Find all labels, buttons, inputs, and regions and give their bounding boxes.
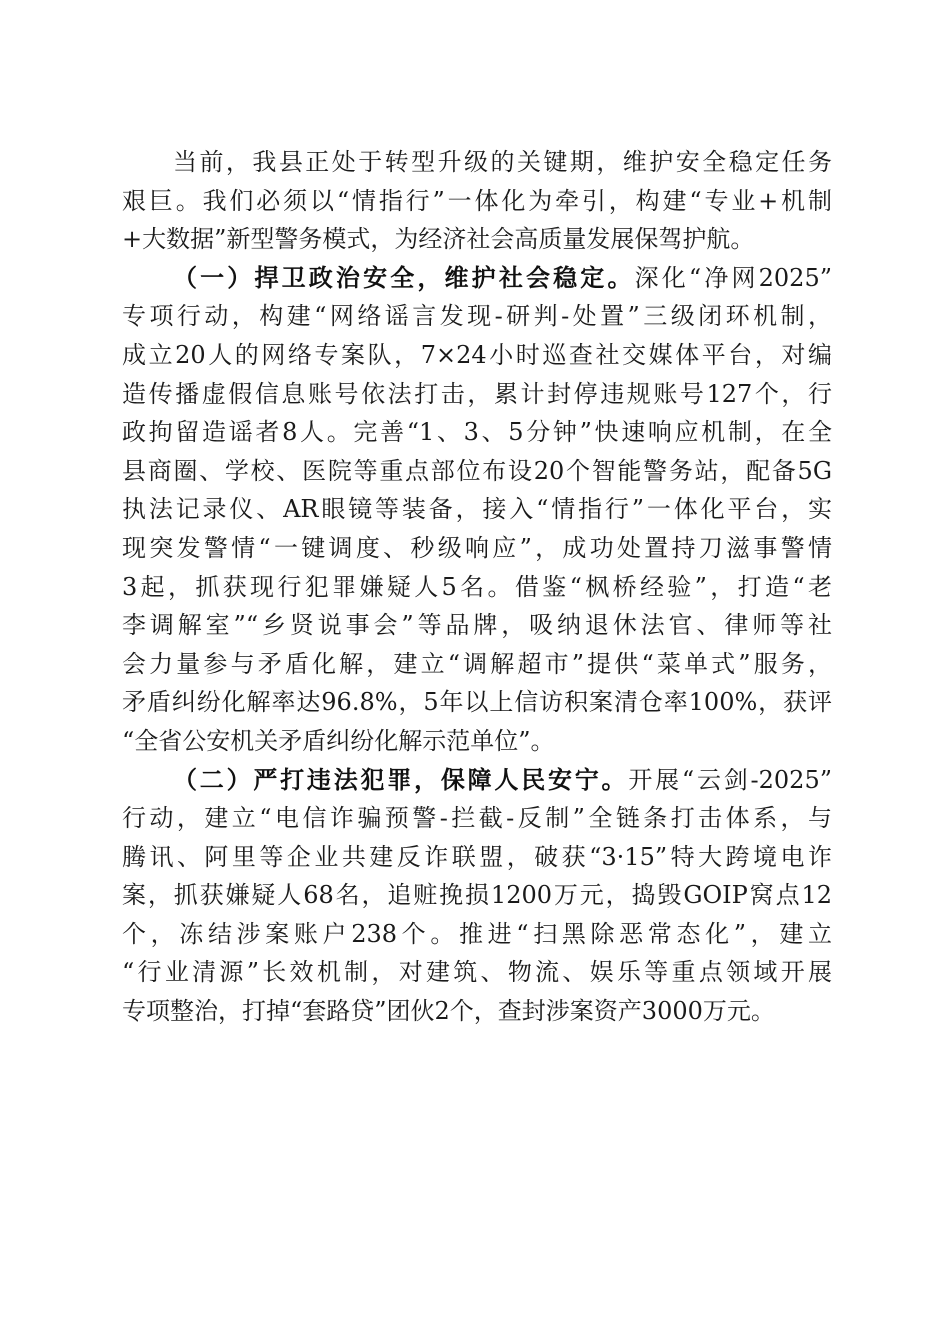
document-page: 当前，我县正处于转型升级的关键期，维护安全稳定任务 艰巨。我们必须以“情指行”一… bbox=[0, 0, 950, 1344]
text-line: 行动，建立“电信诈骗预警-拦截-反制”全链条打击体系，与 bbox=[122, 799, 832, 838]
text-line: 造传播虚假信息账号依法打击，累计封停违规账号127个，行 bbox=[122, 375, 832, 414]
text-line: 县商圈、学校、医院等重点部位布设20个智能警务站，配备5G bbox=[122, 452, 832, 491]
text-line: +大数据”新型警务模式，为经济社会高质量发展保驾护航。 bbox=[122, 220, 832, 259]
text-line: 李调解室”“乡贤说事会”等品牌，吸纳退休法官、律师等社 bbox=[122, 606, 832, 645]
text-line: 政拘留造谣者8人。完善“1、3、5分钟”快速响应机制，在全 bbox=[122, 413, 832, 452]
text-line: “行业清源”长效机制，对建筑、物流、娱乐等重点领域开展 bbox=[122, 953, 832, 992]
text-run: 开展“云剑-2025” bbox=[628, 766, 832, 794]
text-line: 3起，抓获现行犯罪嫌疑人5名。借鉴“枫桥经验”，打造“老 bbox=[122, 568, 832, 607]
text-line: 艰巨。我们必须以“情指行”一体化为牵引，构建“专业+机制 bbox=[122, 182, 832, 221]
text-line: 矛盾纠纷化解率达96.8%，5年以上信访积案清仓率100%，获评 bbox=[122, 683, 832, 722]
text-line: 专项行动，构建“网络谣言发现-研判-处置”三级闭环机制， bbox=[122, 297, 832, 336]
paragraph-section-2: （二）严打违法犯罪，保障人民安宁。开展“云剑-2025” 行动，建立“电信诈骗预… bbox=[122, 761, 832, 1031]
text-run: 深化“净网2025” bbox=[635, 264, 832, 292]
section-heading: （二）严打违法犯罪，保障人民安宁。 bbox=[173, 765, 628, 794]
text-line: （二）严打违法犯罪，保障人民安宁。开展“云剑-2025” bbox=[122, 761, 832, 800]
text-line: 个，冻结涉案账户238个。推进“扫黑除恶常态化”，建立 bbox=[122, 915, 832, 954]
text-line: “全省公安机关矛盾纠纷化解示范单位”。 bbox=[122, 722, 832, 761]
text-line: 成立20人的网络专案队，7×24小时巡查社交媒体平台，对编 bbox=[122, 336, 832, 375]
text-line: 执法记录仪、AR眼镜等装备，接入“情指行”一体化平台，实 bbox=[122, 490, 832, 529]
paragraph-section-1: （一）捍卫政治安全，维护社会稳定。深化“净网2025” 专项行动，构建“网络谣言… bbox=[122, 259, 832, 761]
document-body: 当前，我县正处于转型升级的关键期，维护安全稳定任务 艰巨。我们必须以“情指行”一… bbox=[122, 143, 832, 1031]
text-line: 腾讯、阿里等企业共建反诈联盟，破获“3·15”特大跨境电诈 bbox=[122, 838, 832, 877]
text-line: 专项整治，打掉“套路贷”团伙2个，查封涉案资产3000万元。 bbox=[122, 992, 832, 1031]
section-heading: （一）捍卫政治安全，维护社会稳定。 bbox=[173, 263, 635, 292]
paragraph-intro: 当前，我县正处于转型升级的关键期，维护安全稳定任务 艰巨。我们必须以“情指行”一… bbox=[122, 143, 832, 259]
text-line: 现突发警情“一键调度、秒级响应”，成功处置持刀滋事警情 bbox=[122, 529, 832, 568]
text-line: （一）捍卫政治安全，维护社会稳定。深化“净网2025” bbox=[122, 259, 832, 298]
text-line: 会力量参与矛盾化解，建立“调解超市”提供“菜单式”服务， bbox=[122, 645, 832, 684]
text-line: 案，抓获嫌疑人68名，追赃挽损1200万元，捣毁GOIP窝点12 bbox=[122, 876, 832, 915]
text-line: 当前，我县正处于转型升级的关键期，维护安全稳定任务 bbox=[122, 143, 832, 182]
